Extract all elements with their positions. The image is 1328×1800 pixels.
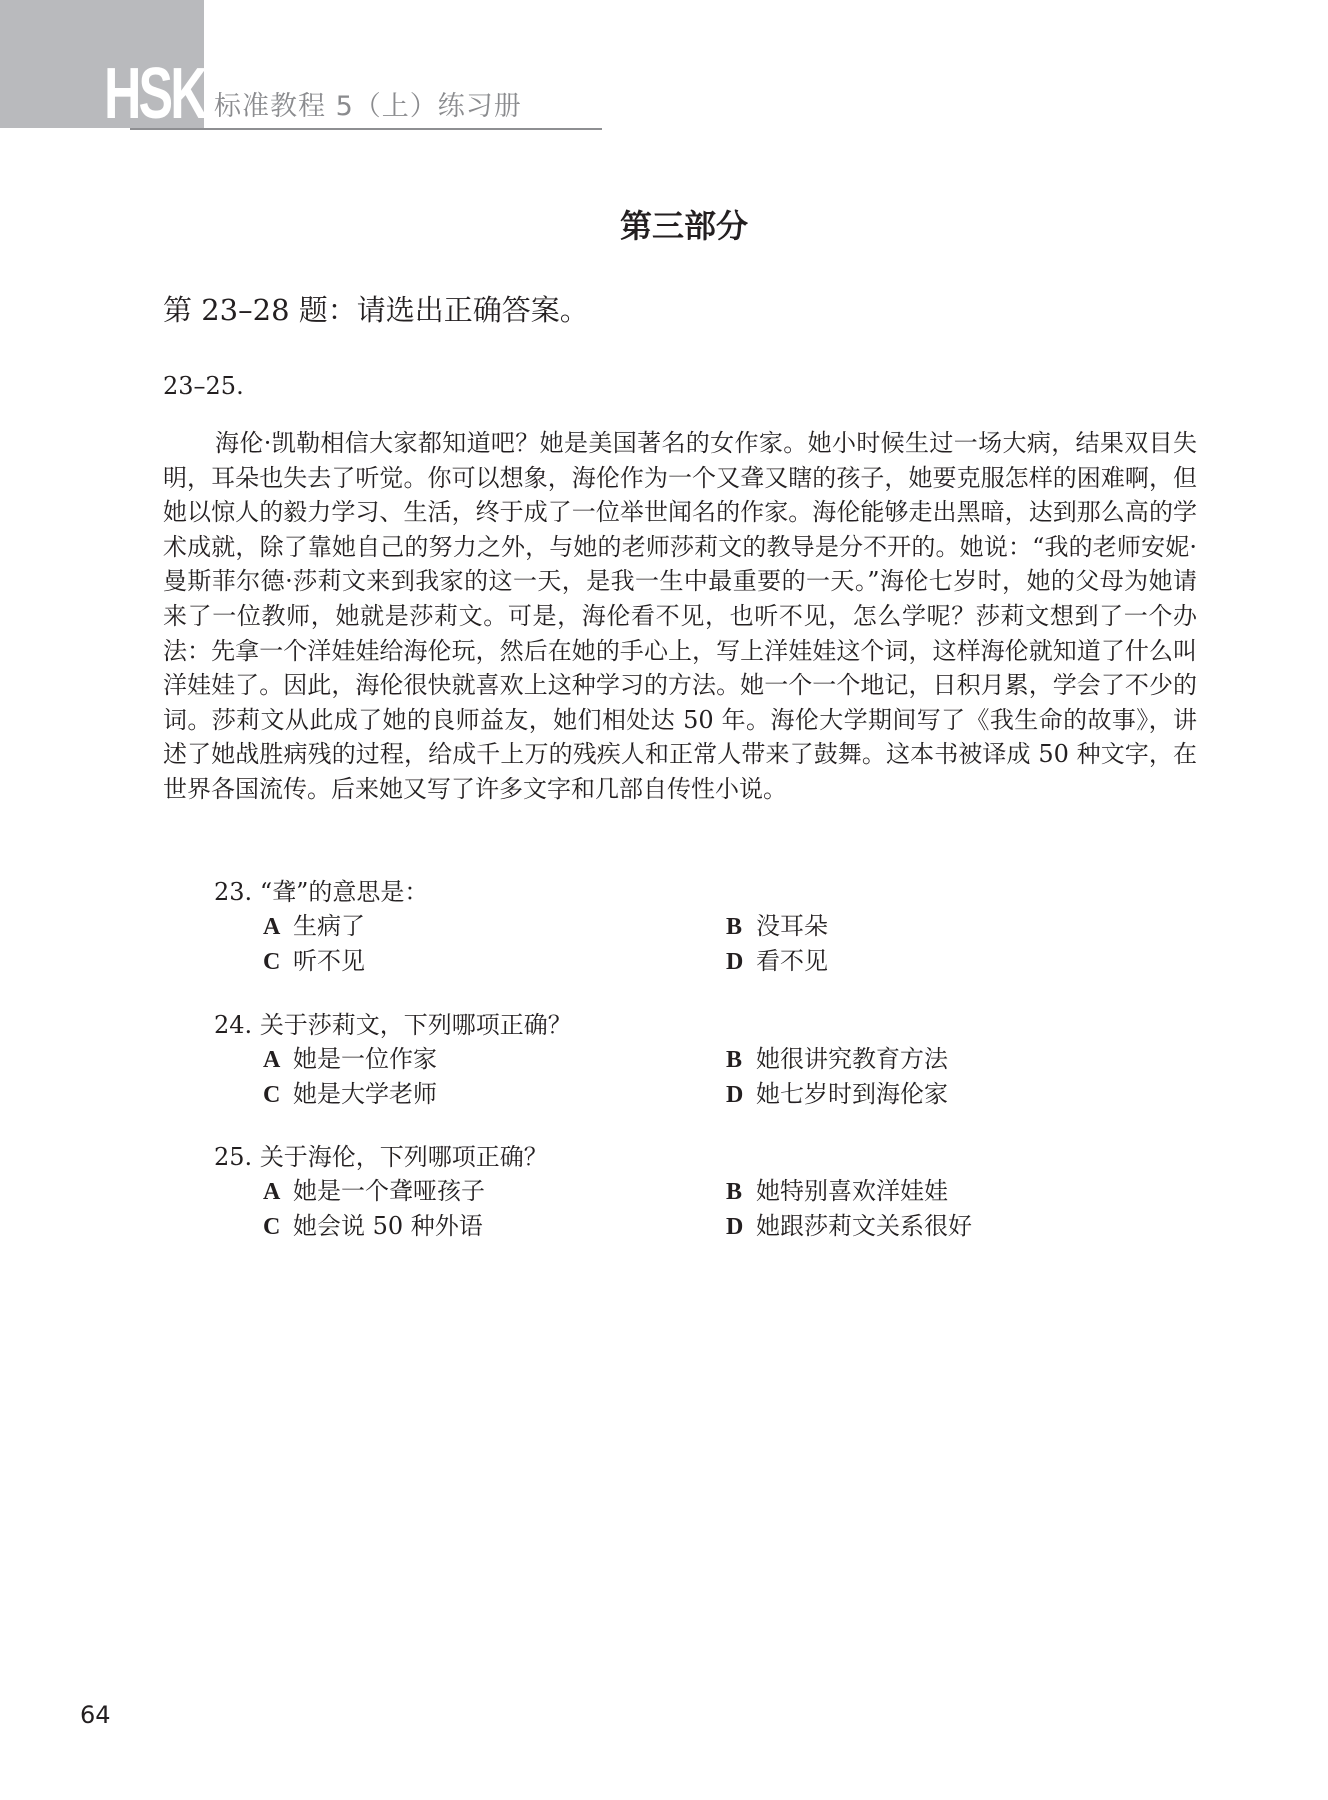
option-text: 没耳朵 — [756, 912, 828, 940]
option-c[interactable]: C她是大学老师 — [263, 1077, 437, 1112]
option-c[interactable]: C听不见 — [263, 944, 365, 979]
option-letter: A — [263, 1043, 293, 1077]
option-letter: C — [263, 1210, 293, 1244]
question-23: 23. “聋”的意思是： A生病了 B没耳朵 C听不见 D看不见 — [214, 875, 1114, 979]
option-a[interactable]: A生病了 — [263, 909, 365, 944]
option-letter: C — [263, 945, 293, 979]
question-24: 24. 关于莎莉文，下列哪项正确？ A她是一位作家 B她很讲究教育方法 C她是大… — [214, 1008, 1114, 1112]
reading-passage: 海伦·凯勒相信大家都知道吧？她是美国著名的女作家。她小时候生过一场大病，结果双目… — [163, 426, 1197, 807]
answer-options: A生病了 B没耳朵 C听不见 D看不见 — [214, 909, 1114, 979]
header-divider — [130, 128, 602, 130]
question-number: 25. — [214, 1143, 252, 1171]
question-stem: 24. 关于莎莉文，下列哪项正确？ — [214, 1008, 1114, 1042]
option-letter: D — [726, 945, 756, 979]
option-letter: A — [263, 910, 293, 944]
question-number: 23. — [214, 878, 252, 906]
option-text: 她是一个聋哑孩子 — [293, 1177, 485, 1205]
option-text: 她特别喜欢洋娃娃 — [756, 1177, 948, 1205]
option-letter: C — [263, 1078, 293, 1112]
option-letter: D — [726, 1078, 756, 1112]
option-c[interactable]: C她会说 50 种外语 — [263, 1209, 483, 1244]
question-number: 24. — [214, 1011, 252, 1039]
option-text: 她会说 50 种外语 — [293, 1212, 483, 1240]
option-text: 她七岁时到海伦家 — [756, 1080, 948, 1108]
hsk-logo: HSK — [104, 58, 205, 130]
option-letter: B — [726, 910, 756, 944]
question-text: “聋”的意思是： — [260, 878, 429, 906]
option-letter: B — [726, 1043, 756, 1077]
question-range-label: 23–25. — [163, 370, 244, 402]
option-text: 生病了 — [293, 912, 365, 940]
question-text: 关于海伦，下列哪项正确？ — [260, 1143, 548, 1171]
option-text: 她很讲究教育方法 — [756, 1045, 948, 1073]
option-d[interactable]: D她七岁时到海伦家 — [726, 1077, 948, 1112]
option-d[interactable]: D看不见 — [726, 944, 828, 979]
answer-options: A她是一位作家 B她很讲究教育方法 C她是大学老师 D她七岁时到海伦家 — [214, 1042, 1114, 1112]
option-a[interactable]: A她是一个聋哑孩子 — [263, 1174, 485, 1209]
option-b[interactable]: B没耳朵 — [726, 909, 828, 944]
option-d[interactable]: D她跟莎莉文关系很好 — [726, 1209, 972, 1244]
question-text: 关于莎莉文，下列哪项正确？ — [260, 1011, 572, 1039]
option-text: 她是一位作家 — [293, 1045, 437, 1073]
question-25: 25. 关于海伦，下列哪项正确？ A她是一个聋哑孩子 B她特别喜欢洋娃娃 C她会… — [214, 1140, 1114, 1244]
page-number: 64 — [80, 1700, 111, 1730]
question-stem: 23. “聋”的意思是： — [214, 875, 1114, 909]
answer-options: A她是一个聋哑孩子 B她特别喜欢洋娃娃 C她会说 50 种外语 D她跟莎莉文关系… — [214, 1174, 1114, 1244]
option-letter: B — [726, 1175, 756, 1209]
option-text: 她跟莎莉文关系很好 — [756, 1212, 972, 1240]
instruction-text: 第 23–28 题：请选出正确答案。 — [163, 292, 589, 328]
part-title: 第三部分 — [0, 206, 1328, 246]
option-b[interactable]: B她特别喜欢洋娃娃 — [726, 1174, 948, 1209]
option-a[interactable]: A她是一位作家 — [263, 1042, 437, 1077]
option-letter: D — [726, 1210, 756, 1244]
question-stem: 25. 关于海伦，下列哪项正确？ — [214, 1140, 1114, 1174]
option-text: 看不见 — [756, 947, 828, 975]
option-text: 她是大学老师 — [293, 1080, 437, 1108]
option-b[interactable]: B她很讲究教育方法 — [726, 1042, 948, 1077]
option-text: 听不见 — [293, 947, 365, 975]
option-letter: A — [263, 1175, 293, 1209]
book-subtitle: 标准教程 5（上）练习册 — [214, 92, 522, 122]
